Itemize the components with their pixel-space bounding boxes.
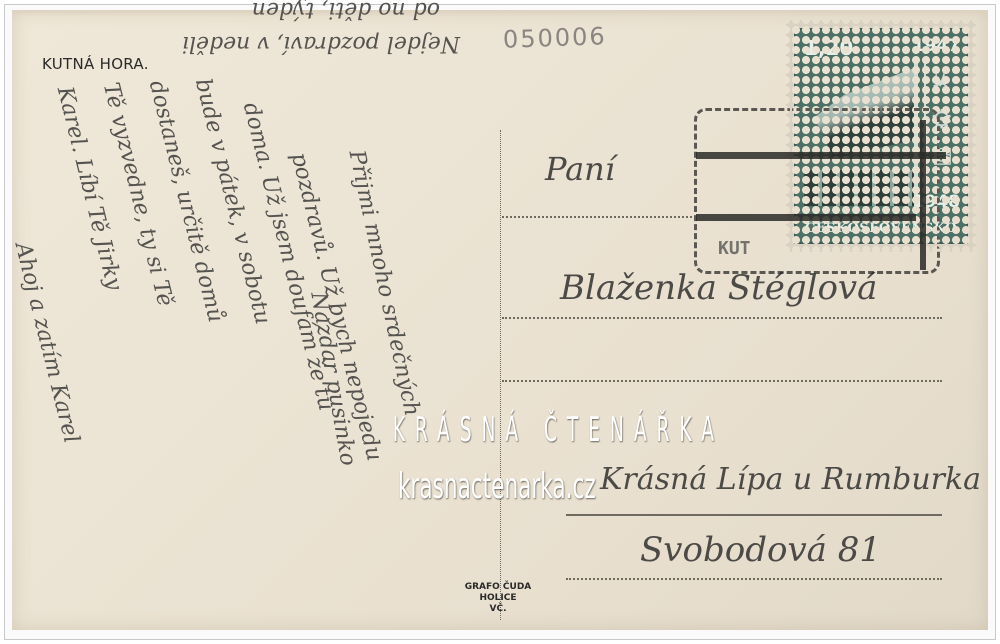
address-recipient: Blaženka Stéglová [560,268,877,308]
address-salutation: Paní [545,150,615,188]
address-line [502,216,692,218]
watermark-url: krasnactenarka.cz [398,466,596,507]
address-town: Krásná Lípa u Rumburka [600,462,981,497]
address-street: Svobodová 81 [640,530,881,570]
address-line [566,578,942,580]
cancel-bar [920,120,926,270]
stamp-factory-image [804,170,914,206]
message-line: od no děti, týden [252,0,440,22]
stamp-flag-image [814,68,914,158]
printed-place-title: KUTNÁ HORA. [42,55,149,73]
gear-icon: ⚙ [930,104,953,135]
publisher-region: VČ. [448,604,548,615]
cancel-bar [696,152,946,159]
publisher-imprint: GRAFO ČUDA HOLICE VČ. [448,582,548,615]
publisher-town: HOLICE [448,593,548,604]
publisher-name: GRAFO ČUDA [448,582,548,593]
cancel-bar [696,214,916,221]
address-line [566,514,942,516]
postmark-text: KUT [718,238,751,259]
stamp-country: ČESKOSLOVENSKO [800,221,962,236]
stamp-mast [914,58,918,208]
address-line [502,380,942,382]
watermark-brand: KRÁSNÁ ČTENÁŘKA [393,410,608,450]
pencil-inventory-number: 050006 [503,22,608,54]
message-line: Nejdel pozdraví, v neděli [182,31,460,56]
stamp-value: 1,20 [804,36,853,60]
stamp-year-start: 1947 [913,36,960,56]
center-divider [500,130,501,620]
address-line [502,317,942,319]
